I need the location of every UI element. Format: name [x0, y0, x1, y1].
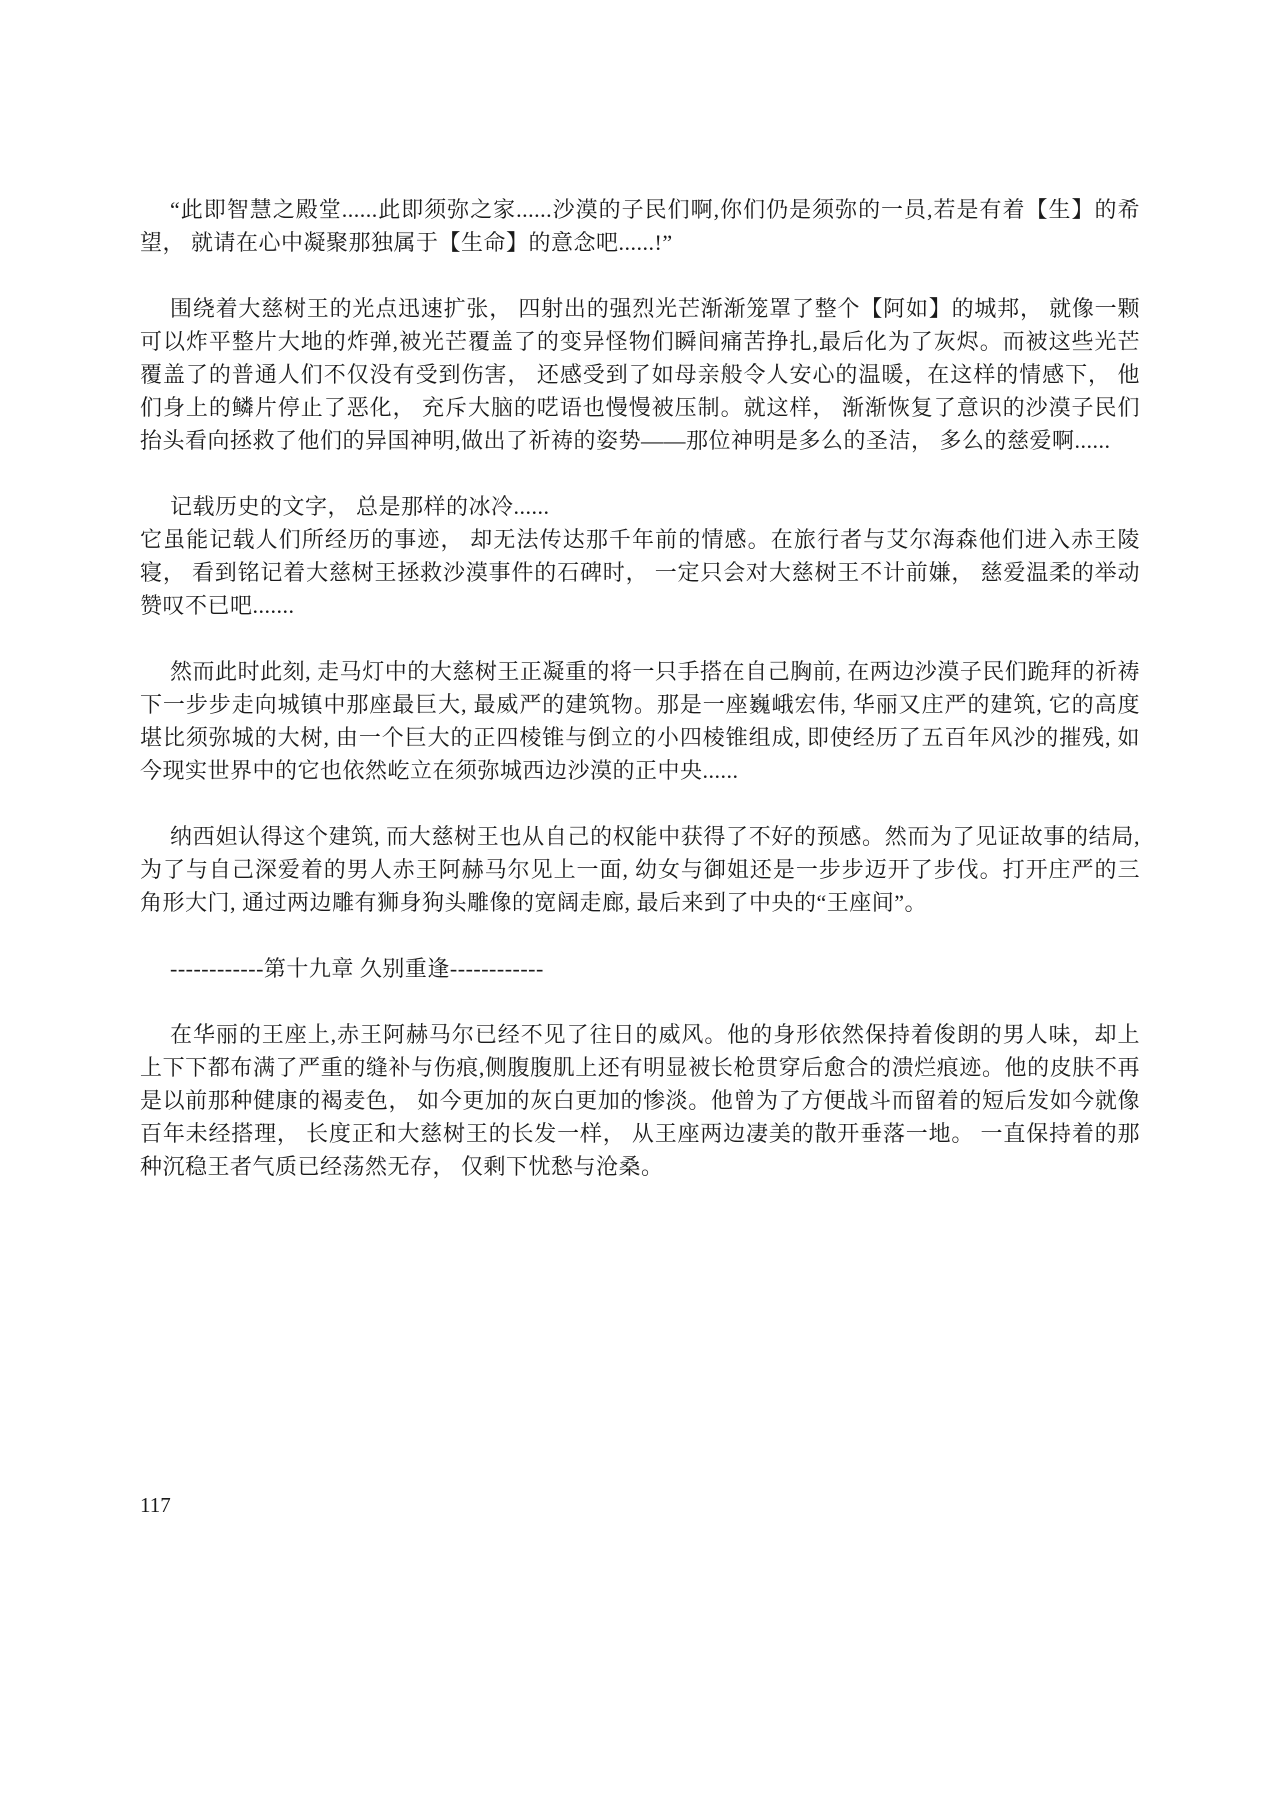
paragraph-dialogue-quote: “此即智慧之殿堂......此即须弥之家......沙漠的子民们啊,你们仍是须弥… [140, 193, 1140, 259]
chapter-heading-text: ------------第十九章 久别重逢------------ [140, 952, 1140, 985]
page-content: “此即智慧之殿堂......此即须弥之家......沙漠的子民们啊,你们仍是须弥… [140, 193, 1140, 1216]
paragraph-text: “此即智慧之殿堂......此即须弥之家......沙漠的子民们啊,你们仍是须弥… [140, 193, 1140, 259]
paragraph-light-expansion: 围绕着大慈树王的光点迅速扩张， 四射出的强烈光芒渐渐笼罩了整个【阿如】的城邦， … [140, 292, 1140, 457]
paragraph-history-words: 记载历史的文字， 总是那样的冰冷...... 它虽能记载人们所经历的事迹， 却无… [140, 490, 1140, 622]
paragraph-throne-king: 在华丽的王座上,赤王阿赫马尔已经不见了往日的威风。他的身形依然保持着俊朗的男人味… [140, 1018, 1140, 1183]
paragraph-text: 围绕着大慈树王的光点迅速扩张， 四射出的强烈光芒渐渐笼罩了整个【阿如】的城邦， … [140, 292, 1140, 457]
chapter-heading: ------------第十九章 久别重逢------------ [140, 952, 1140, 985]
paragraph-text: 然而此时此刻, 走马灯中的大慈树王正凝重的将一只手搭在自己胸前, 在两边沙漠子民… [140, 655, 1140, 787]
page-number: 117 [140, 1492, 171, 1518]
paragraph-text: 记载历史的文字， 总是那样的冰冷...... [140, 490, 1140, 523]
document-page: “此即智慧之殿堂......此即须弥之家......沙漠的子民们啊,你们仍是须弥… [0, 0, 1280, 1810]
paragraph-text: 它虽能记载人们所经历的事迹， 却无法传达那千年前的情感。在旅行者与艾尔海森他们进… [140, 523, 1140, 622]
paragraph-building-description: 然而此时此刻, 走马灯中的大慈树王正凝重的将一只手搭在自己胸前, 在两边沙漠子民… [140, 655, 1140, 787]
paragraph-text: 纳西妲认得这个建筑, 而大慈树王也从自己的权能中获得了不好的预感。然而为了见证故… [140, 820, 1140, 919]
paragraph-text: 在华丽的王座上,赤王阿赫马尔已经不见了往日的威风。他的身形依然保持着俊朗的男人味… [140, 1018, 1140, 1183]
paragraph-nahida-recognition: 纳西妲认得这个建筑, 而大慈树王也从自己的权能中获得了不好的预感。然而为了见证故… [140, 820, 1140, 919]
